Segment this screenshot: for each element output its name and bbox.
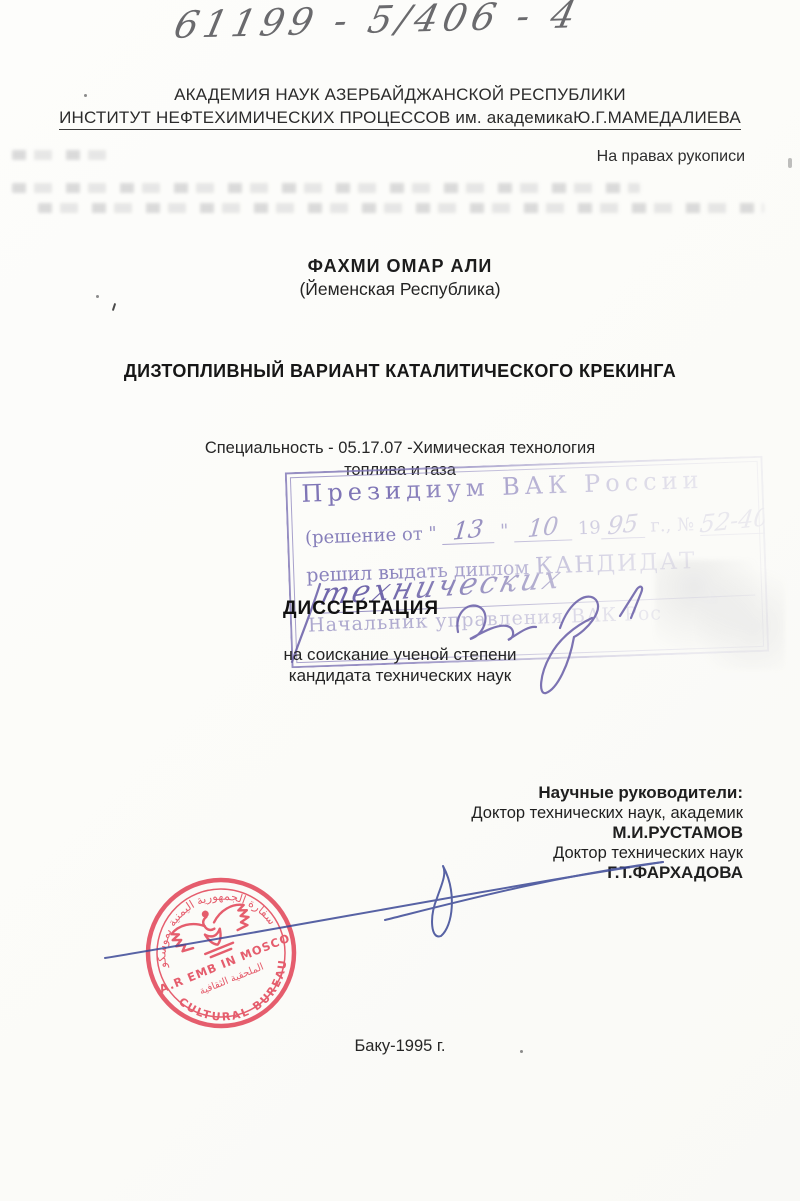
vak-year-slot: 95 <box>600 516 645 540</box>
author-name: ФАХМИ ОМАР АЛИ <box>0 256 800 277</box>
supervisor1-title: Доктор технических наук, академик <box>471 803 743 823</box>
embassy-signature <box>85 848 685 963</box>
scan-speck <box>96 295 99 298</box>
bleedthrough-artifact <box>38 203 764 213</box>
academy-name: АКАДЕМИЯ НАУК АЗЕРБАЙДЖАНСКОЙ РЕСПУБЛИКИ <box>0 85 800 105</box>
dissertation-word: ДИССЕРТАЦИЯ <box>283 598 439 620</box>
scan-speck <box>84 94 87 97</box>
vak-month-slot: 10 <box>514 518 573 542</box>
stamp-bottom-text: CULTURAL BUREAU <box>174 953 305 1041</box>
vak-close-quote: " <box>500 521 509 542</box>
specialty-line1: Специальность - 05.17.07 -Химическая тех… <box>0 439 800 458</box>
degree-line2: кандидата технических наук <box>0 666 800 686</box>
institute-line-wrap: ИНСТИТУТ НЕФТЕХИМИЧЕСКИХ ПРОЦЕССОВ им. а… <box>0 108 800 130</box>
vak-month-handwritten: 10 <box>527 519 559 536</box>
city-year: Баку-1995 г. <box>0 1037 800 1056</box>
vak-number-handwritten: 52-40 <box>700 510 770 531</box>
bleedthrough-artifact <box>12 183 640 193</box>
vak-number-label: г., № <box>650 514 694 537</box>
vak-day-handwritten: 13 <box>452 521 484 538</box>
vak-day-slot: 13 <box>442 521 495 545</box>
author-country: (Йеменская Республика) <box>0 279 800 300</box>
handwritten-catalog-number: 61199 - 5/406 - 4 <box>170 0 619 47</box>
supervisors-heading: Научные руководители: <box>471 783 743 803</box>
manuscript-rights-note: На правах рукописи <box>597 148 745 166</box>
scan-speck <box>520 1050 523 1053</box>
bleedthrough-artifact <box>12 150 108 160</box>
dissertation-title: ДИЗТОПЛИВНЫЙ ВАРИАНТ КАТАЛИТИЧЕСКОГО КРЕ… <box>0 361 800 382</box>
vak-official-signature <box>268 570 688 715</box>
institute-name: ИНСТИТУТ НЕФТЕХИМИЧЕСКИХ ПРОЦЕССОВ им. а… <box>59 108 741 130</box>
scanned-page: 61199 - 5/406 - 4 АКАДЕМИЯ НАУК АЗЕРБАЙД… <box>0 0 800 1201</box>
supervisor1-name: М.И.РУСТАМОВ <box>471 823 743 843</box>
stray-pen-mark <box>112 303 116 311</box>
vak-number-slot: 52-40 <box>699 512 770 536</box>
degree-line1: на соискание ученой степени <box>0 645 800 665</box>
vak-decision-prefix: (решение от " <box>305 523 437 549</box>
vak-year-prefix: 19 <box>577 517 601 539</box>
scan-speck <box>788 158 792 168</box>
vak-year-handwritten: 95 <box>607 516 639 533</box>
